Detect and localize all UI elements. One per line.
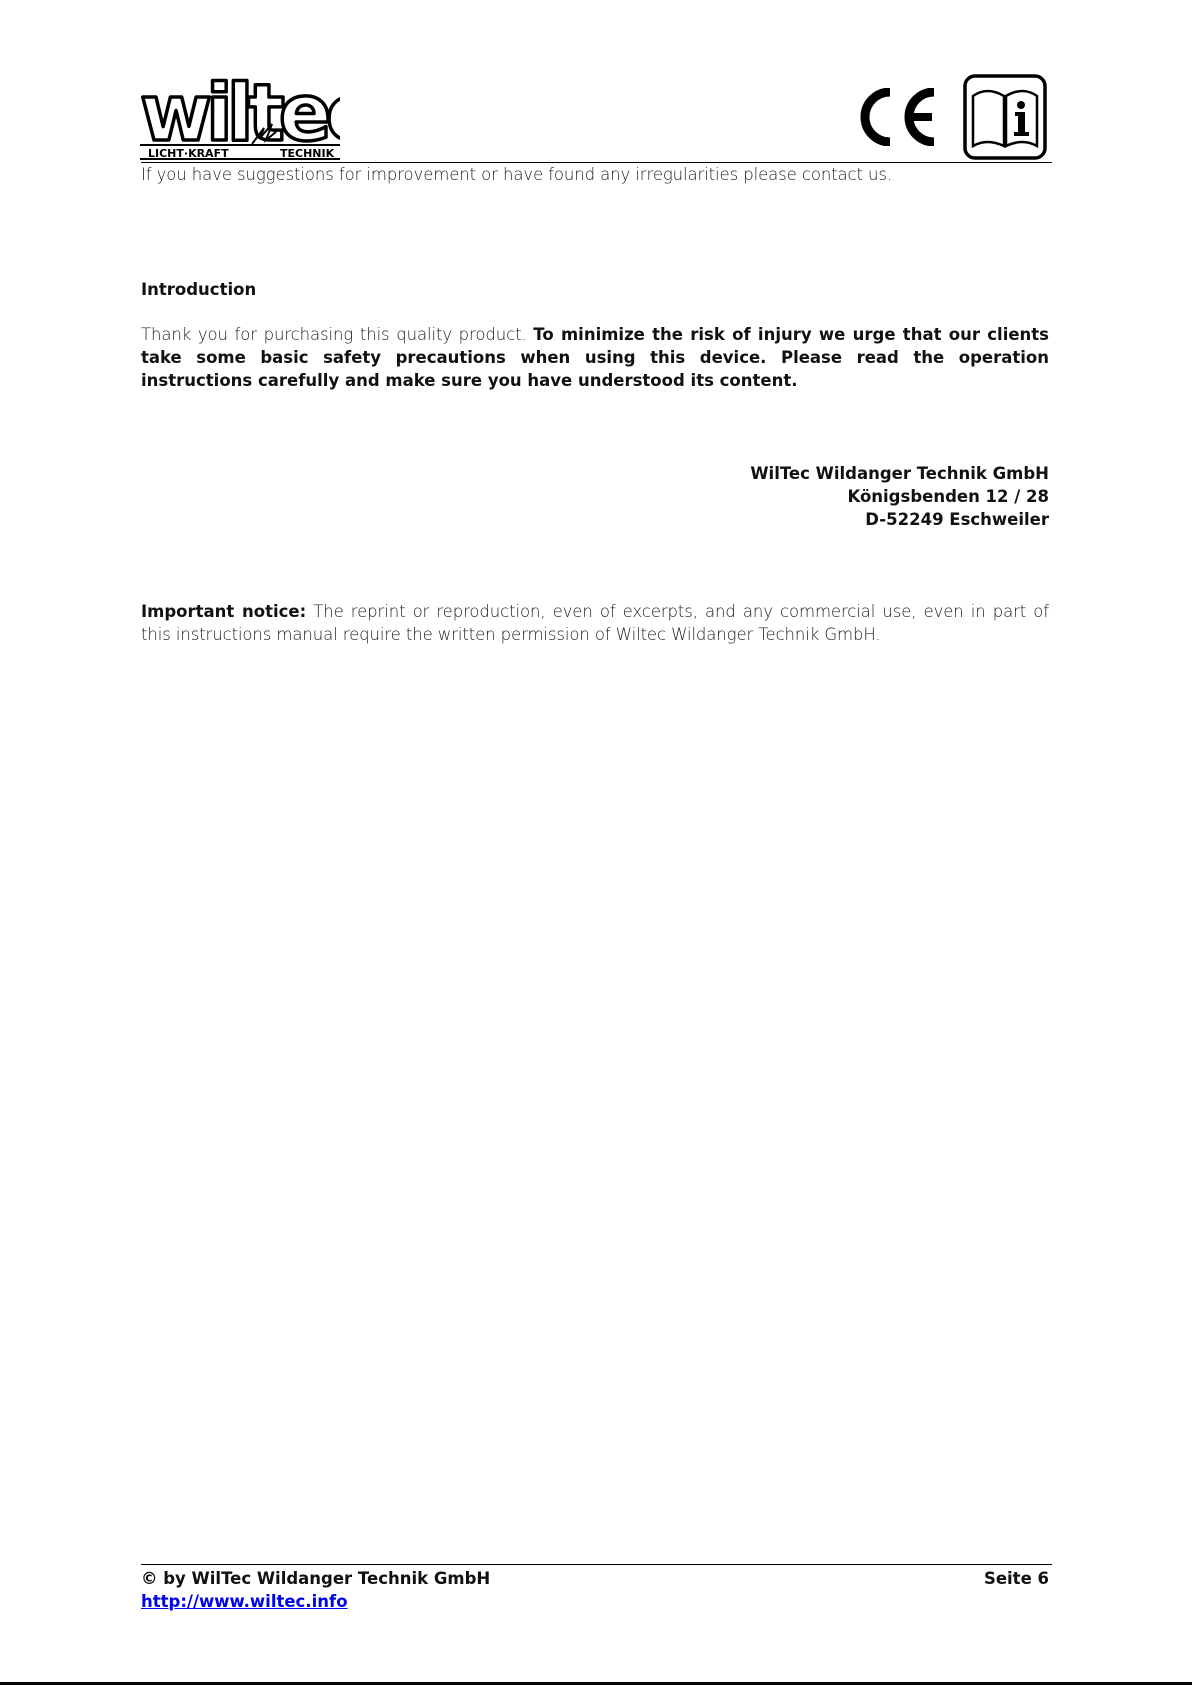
important-notice-label: Important notice: (141, 602, 306, 621)
footer-website-link[interactable]: http://www.wiltec.info (141, 1590, 348, 1613)
important-notice: Important notice: The reprint or reprodu… (141, 600, 1049, 646)
footer-divider (141, 1564, 1052, 1565)
read-manual-icon (963, 74, 1047, 160)
footer-page-number: Seite 6 (984, 1567, 1049, 1590)
introduction-heading: Introduction (141, 278, 256, 301)
feedback-note: If you have suggestions for improvement … (141, 163, 892, 186)
introduction-paragraph: Thank you for purchasing this quality pr… (141, 323, 1049, 392)
address-street: Königsbenden 12 / 28 (847, 485, 1049, 508)
svg-text:TECHNIK: TECHNIK (280, 147, 335, 160)
ce-mark-icon (860, 88, 938, 146)
svg-text:LICHT·KRAFT: LICHT·KRAFT (148, 147, 229, 160)
introduction-text: Thank you for purchasing this quality pr… (141, 325, 533, 344)
footer-copyright: © by WilTec Wildanger Technik GmbH (141, 1567, 490, 1590)
address-company: WilTec Wildanger Technik GmbH (750, 462, 1049, 485)
address-city: D-52249 Eschweiler (865, 508, 1049, 531)
wiltec-logo: wiltec LICHT·KRAFT TECHNIK (140, 66, 340, 160)
